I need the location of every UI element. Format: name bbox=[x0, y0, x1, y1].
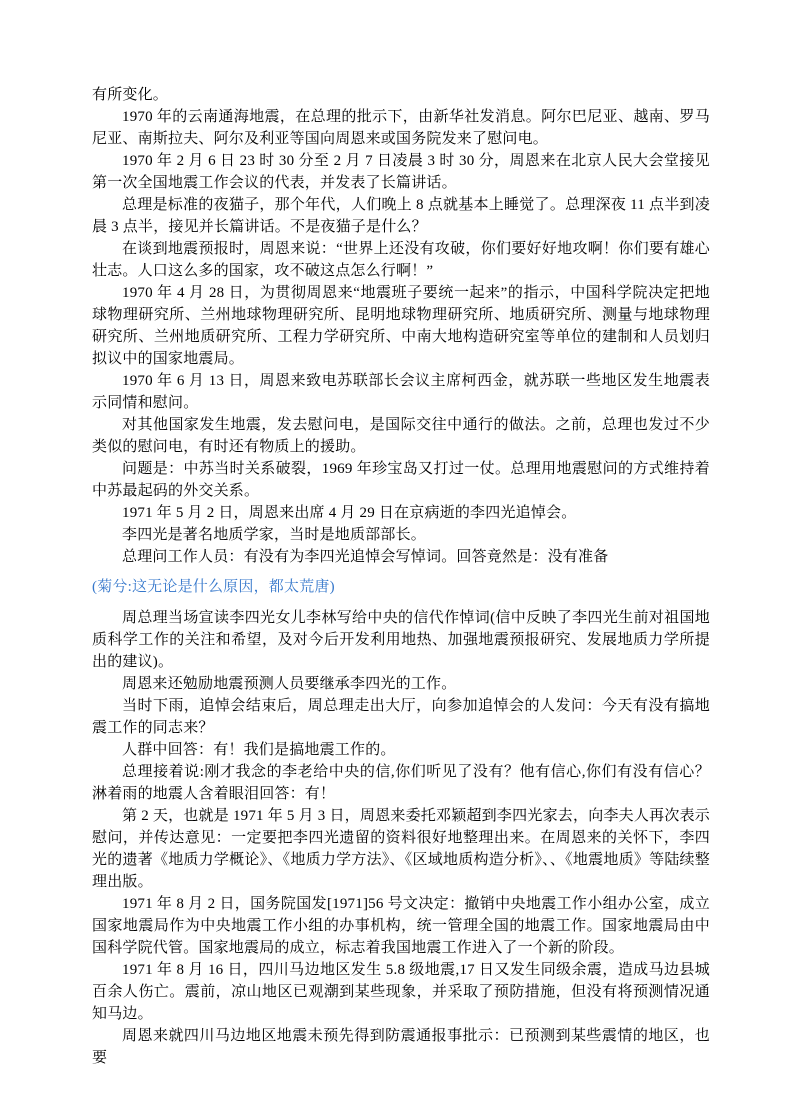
paragraph: 当时下雨，追悼会结束后，周总理走出大厅，向参加追悼会的人发问：今天有没有搞地震工… bbox=[92, 695, 710, 739]
paragraph: 总理是标准的夜猫子，那个年代，人们晚上 8 点就基本上睡觉了。总理深夜 11 点… bbox=[92, 194, 710, 238]
document-text-block: 有所变化。1970 年的云南通海地震，在总理的批示下，由新华社发消息。阿尔巴尼亚… bbox=[92, 84, 710, 1069]
paragraph: 对其他国家发生地震，发去慰问电，是国际交往中通行的做法。之前，总理也发过不少类似… bbox=[92, 414, 710, 458]
paragraph: 总理接着说:刚才我念的李老给中央的信,你们听见了没有？他有信心,你们有没有信心？… bbox=[92, 761, 710, 805]
paragraph: 周恩来还勉励地震预测人员要继承李四光的工作。 bbox=[92, 673, 710, 695]
paragraph: 总理问工作人员：有没有为李四光追悼会写悼词。回答竟然是：没有准备 bbox=[92, 546, 710, 568]
paragraph: 周恩来就四川马边地区地震未预先得到防震通报事批示：已预测到某些震情的地区，也要 bbox=[92, 1025, 710, 1069]
paragraph: 1971 年 8 月 16 日，四川马边地区发生 5.8 级地震,17 日又发生… bbox=[92, 959, 710, 1025]
paragraph: 在谈到地震预报时，周恩来说：“世界上还没有攻破，你们要好好地攻啊！你们要有雄心壮… bbox=[92, 238, 710, 282]
paragraph: 1970 年 6 月 13 日，周恩来致电苏联部长会议主席柯西金，就苏联一些地区… bbox=[92, 370, 710, 414]
annotation-comment: (菊兮:这无论是什么原因，都太荒唐) bbox=[92, 576, 710, 598]
paragraph: 周总理当场宣读李四光女儿李林写给中央的信代作悼词(信中反映了李四光生前对祖国地质… bbox=[92, 607, 710, 673]
paragraph: 1970 年 2 月 6 日 23 时 30 分至 2 月 7 日凌晨 3 时 … bbox=[92, 150, 710, 194]
paragraph: 1971 年 8 月 2 日，国务院国发[1971]56 号文决定：撤销中央地震… bbox=[92, 893, 710, 959]
document-page: 有所变化。1970 年的云南通海地震，在总理的批示下，由新华社发消息。阿尔巴尼亚… bbox=[0, 0, 800, 1100]
paragraph: 问题是：中苏当时关系破裂，1969 年珍宝岛又打过一仗。总理用地震慰问的方式维持… bbox=[92, 458, 710, 502]
paragraph: 李四光是著名地质学家，当时是地质部部长。 bbox=[92, 524, 710, 546]
paragraph: 有所变化。 bbox=[92, 84, 710, 106]
paragraph: 1971 年 5 月 2 日，周恩来出席 4 月 29 日在京病逝的李四光追悼会… bbox=[92, 502, 710, 524]
paragraph: 人群中回答：有！我们是搞地震工作的。 bbox=[92, 739, 710, 761]
paragraph: 第 2 天，也就是 1971 年 5 月 3 日，周恩来委托邓颖超到李四光家去，… bbox=[92, 805, 710, 893]
paragraph: 1970 年 4 月 28 日，为贯彻周恩来“地震班子要统一起来”的指示，中国科… bbox=[92, 282, 710, 370]
paragraph: 1970 年的云南通海地震，在总理的批示下，由新华社发消息。阿尔巴尼亚、越南、罗… bbox=[92, 106, 710, 150]
